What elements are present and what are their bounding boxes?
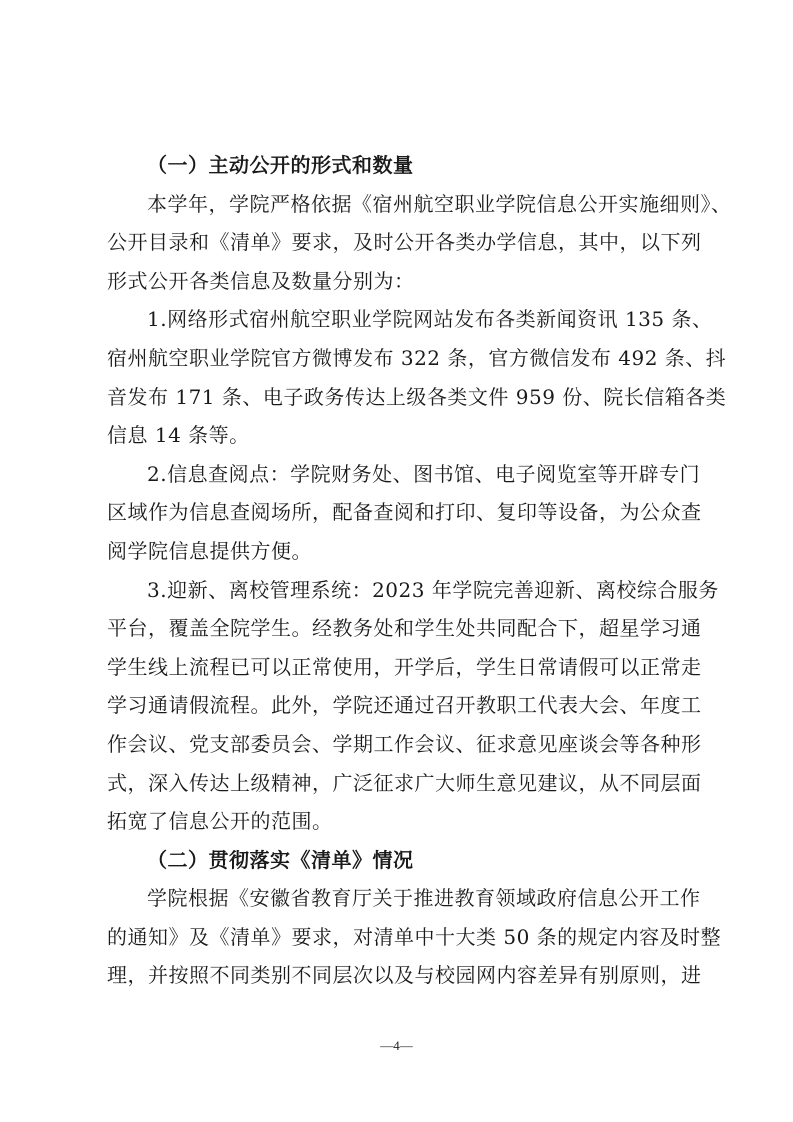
paragraph-item-1: 1.网络形式宿州航空职业学院网站发布各类新闻资讯 135 条、 宿州航空职业学院… [107,300,699,454]
text-line: 平台，覆盖全院学生。经教务处和学生处共同配合下，超星学习通 [107,609,699,648]
text-line: 学院根据《安徽省教育厅关于推进教育领域政府信息公开工作 [107,879,699,918]
text-line: 形式公开各类信息及数量分别为： [107,262,699,301]
text-line: 3.迎新、离校管理系统：2023 年学院完善迎新、离校综合服务 [107,571,699,610]
text-line: 音发布 171 条、电子政务传达上级各类文件 959 份、院长信箱各类 [107,378,699,417]
text-line: 的通知》及《清单》要求，对清单中十大类 50 条的规定内容及时整 [107,918,699,957]
text-line: 式，深入传达上级精神，广泛征求广大师生意见建议，从不同层面 [107,764,699,803]
section-heading-1: （一）主动公开的形式和数量 [107,146,699,185]
text-line: 学习通请假流程。此外，学院还通过召开教职工代表大会、年度工 [107,686,699,725]
document-body: （一）主动公开的形式和数量 本学年，学院严格依据《宿州航空职业学院信息公开实施细… [107,146,699,995]
text-line: 作会议、党支部委员会、学期工作会议、征求意见座谈会等各种形 [107,725,699,764]
page-number: —4— [0,1038,793,1054]
text-line: 1.网络形式宿州航空职业学院网站发布各类新闻资讯 135 条、 [107,300,699,339]
paragraph-intro: 本学年，学院严格依据《宿州航空职业学院信息公开实施细则》、 公开目录和《清单》要… [107,185,699,301]
text-line: 拓宽了信息公开的范围。 [107,802,699,841]
text-line: 2.信息查阅点：学院财务处、图书馆、电子阅览室等开辟专门 [107,455,699,494]
text-line: 理，并按照不同类别不同层次以及与校园网内容差异有别原则，进 [107,956,699,995]
text-line: 学生线上流程已可以正常使用，开学后，学生日常请假可以正常走 [107,648,699,687]
text-line: 本学年，学院严格依据《宿州航空职业学院信息公开实施细则》、 [107,185,699,224]
paragraph-item-3: 3.迎新、离校管理系统：2023 年学院完善迎新、离校综合服务 平台，覆盖全院学… [107,571,699,841]
paragraph-item-2: 2.信息查阅点：学院财务处、图书馆、电子阅览室等开辟专门 区域作为信息查阅场所，… [107,455,699,571]
text-line: 公开目录和《清单》要求，及时公开各类办学信息，其中，以下列 [107,223,699,262]
paragraph-list-implementation: 学院根据《安徽省教育厅关于推进教育领域政府信息公开工作 的通知》及《清单》要求，… [107,879,699,995]
text-line: 信息 14 条等。 [107,416,699,455]
text-line: 宿州航空职业学院官方微博发布 322 条，官方微信发布 492 条、抖 [107,339,699,378]
section-heading-2: （二）贯彻落实《清单》情况 [107,841,699,880]
text-line: 区域作为信息查阅场所，配备查阅和打印、复印等设备，为公众查 [107,493,699,532]
text-line: 阅学院信息提供方便。 [107,532,699,571]
